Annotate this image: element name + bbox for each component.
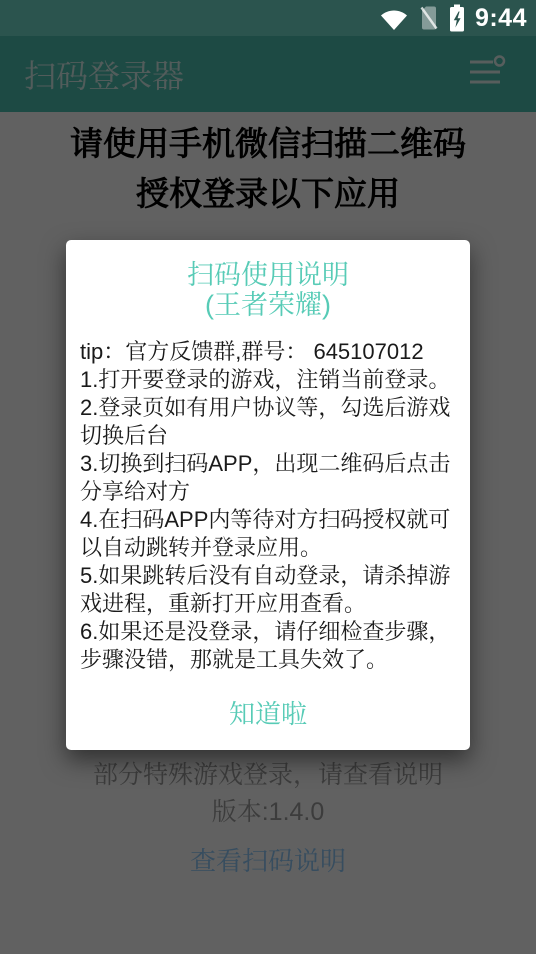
screen: 9:44 扫码登录器 请使用手机微信扫描二维码 授权登录以下应用 部分特殊游戏登…	[0, 0, 536, 954]
no-sim-icon	[419, 5, 439, 31]
body-line: 切换后台	[80, 422, 456, 450]
body-line: 分享给对方	[80, 478, 456, 506]
body-line: 5.如果跳转后没有自动登录，请杀掉游	[80, 562, 456, 590]
body-line: 6.如果还是没登录，请仔细检查步骤，	[80, 618, 456, 646]
wifi-icon	[379, 6, 409, 31]
instructions-dialog: 扫码使用说明 (王者荣耀) tip：官方反馈群,群号： 645107012 1.…	[66, 240, 470, 750]
body-line: 1.打开要登录的游戏，注销当前登录。	[80, 366, 456, 394]
got-it-button[interactable]: 知道啦	[66, 693, 470, 732]
dialog-body: tip：官方反馈群,群号： 645107012 1.打开要登录的游戏，注销当前登…	[80, 338, 456, 674]
dialog-title: 扫码使用说明	[80, 260, 456, 290]
body-line: 以自动跳转并登录应用。	[80, 534, 456, 562]
battery-charging-icon	[449, 4, 465, 32]
body-line: 3.切换到扫码APP，出现二维码后点击	[80, 450, 456, 478]
body-line: tip：官方反馈群,群号： 645107012	[80, 338, 456, 366]
body-line: 步骤没错，那就是工具失效了。	[80, 646, 456, 674]
body-line: 2.登录页如有用户协议等，勾选后游戏	[80, 394, 456, 422]
status-time: 9:44	[475, 0, 527, 36]
body-line: 戏进程，重新打开应用查看。	[80, 590, 456, 618]
body-line: 4.在扫码APP内等待对方扫码授权就可	[80, 506, 456, 534]
dialog-subtitle: (王者荣耀)	[80, 290, 456, 320]
status-bar: 9:44	[0, 0, 536, 36]
